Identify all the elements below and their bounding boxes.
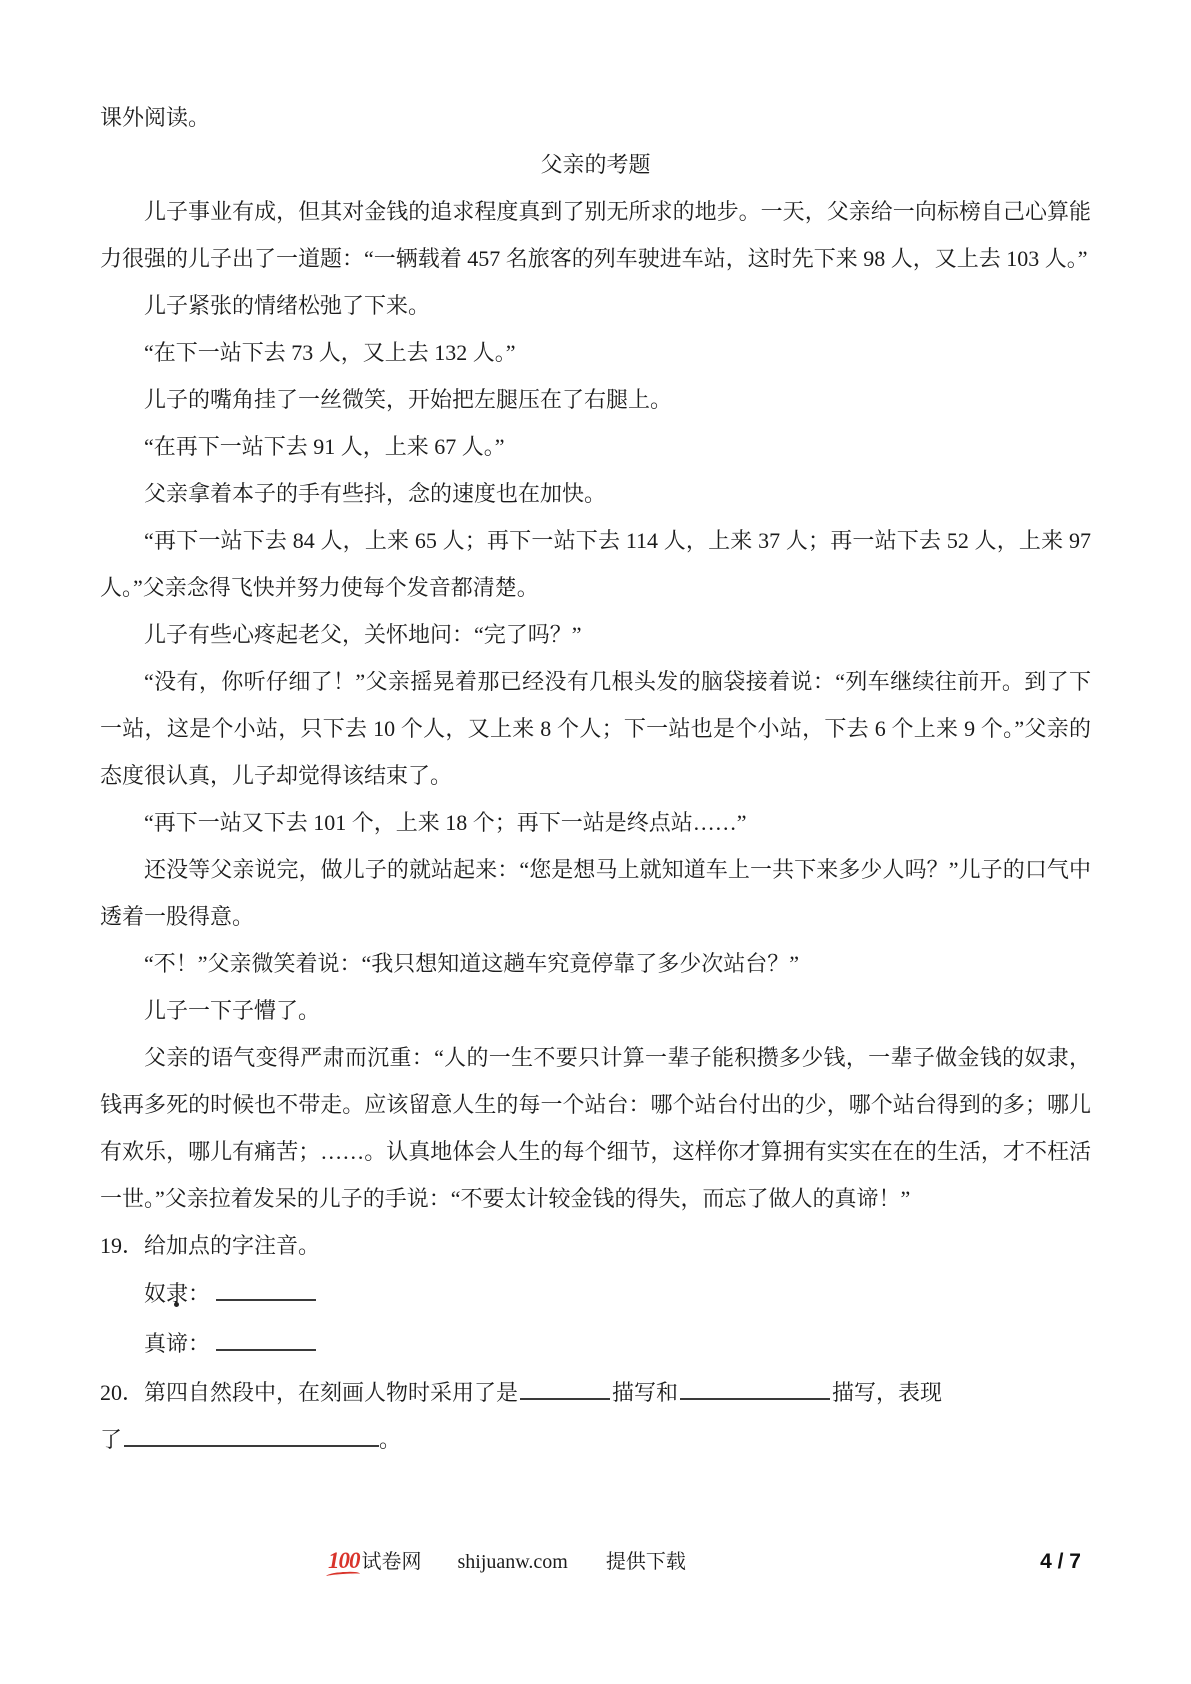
question-19-item-zhendi: 真谛：: [100, 1319, 1091, 1369]
passage-paragraph-5: “在再下一站下去 91 人，上来 67 人。”: [100, 423, 1091, 470]
word-zhendi: 真谛：: [144, 1319, 210, 1369]
download-tagline: 提供下载: [606, 1545, 686, 1574]
passage-paragraph-14: 父亲的语气变得严肃而沉重：“人的一生不要只计算一辈子能积攒多少钱，一辈子做金钱的…: [100, 1034, 1091, 1222]
emphasis-dot: [174, 1302, 179, 1307]
passage-paragraph-4: 儿子的嘴角挂了一丝微笑，开始把左腿压在了右腿上。: [100, 376, 1091, 423]
section-label: 课外阅读。: [100, 94, 1091, 141]
passage-paragraph-9: “没有，你听仔细了！”父亲摇晃着那已经没有几根头发的脑袋接着说：“列车继续往前开…: [100, 658, 1091, 799]
passage-paragraph-8: 儿子有些心疼起老父，关怀地问：“完了吗？”: [100, 611, 1091, 658]
passage-paragraph-13: 儿子一下子懵了。: [100, 987, 1091, 1034]
question-19-item-nuli: 奴隶：: [100, 1269, 1091, 1319]
answer-blank-nuli: [216, 1277, 316, 1301]
question-20-line-1: 20．第四自然段中，在刻画人物时采用了是描写和描写，表现: [100, 1369, 1091, 1416]
word-nuli: 奴隶：: [144, 1269, 210, 1319]
page-footer: 100 试卷网 shijuanw.com 提供下载 4 / 7: [100, 1545, 1091, 1574]
passage-title: 父亲的考题: [100, 141, 1091, 188]
question-20-part-3: 描写，表现: [832, 1380, 942, 1405]
passage-paragraph-6: 父亲拿着本子的手有些抖，念的速度也在加快。: [100, 470, 1091, 517]
exam-page: 课外阅读。 父亲的考题 儿子事业有成，但其对金钱的追求程度真到了别无所求的地步。…: [0, 0, 1191, 1684]
answer-blank-q20-3: [124, 1423, 379, 1447]
site-brand: 100 试卷网: [328, 1545, 422, 1574]
passage-paragraph-1: 儿子事业有成，但其对金钱的追求程度真到了别无所求的地步。一天，父亲给一向标榜自己…: [100, 188, 1091, 282]
question-20-part-5: 。: [379, 1427, 401, 1452]
passage-paragraph-3: “在下一站下去 73 人，又上去 132 人。”: [100, 329, 1091, 376]
brand-100-logo: 100: [328, 1548, 362, 1574]
passage-paragraph-12: “不！”父亲微笑着说：“我只想知道这趟车究竟停靠了多少次站台？”: [100, 940, 1091, 987]
passage-paragraph-11: 还没等父亲说完，做儿子的就站起来：“您是想马上就知道车上一共下来多少人吗？”儿子…: [100, 846, 1091, 940]
question-19-label: 19．给加点的字注音。: [100, 1222, 1091, 1269]
site-domain: shijuanw.com: [458, 1551, 568, 1574]
question-20-part-4: 了: [100, 1427, 122, 1452]
page-number: 4 / 7: [1040, 1550, 1081, 1574]
answer-blank-zhendi: [216, 1327, 316, 1351]
question-20-part-1: 20．第四自然段中，在刻画人物时采用了是: [100, 1380, 518, 1405]
passage-content: 课外阅读。 父亲的考题 儿子事业有成，但其对金钱的追求程度真到了别无所求的地步。…: [100, 94, 1091, 1463]
brand-100-number: 100: [328, 1548, 360, 1573]
passage-paragraph-7: “再下一站下去 84 人，上来 65 人；再下一站下去 114 人，上来 37 …: [100, 517, 1091, 611]
question-20-line-2: 了。: [100, 1416, 1091, 1463]
passage-paragraph-10: “再下一站又下去 101 个，上来 18 个；再下一站是终点站……”: [100, 799, 1091, 846]
answer-blank-q20-2: [680, 1376, 830, 1400]
question-20-part-2: 描写和: [612, 1380, 678, 1405]
brand-name: 试卷网: [362, 1545, 422, 1574]
answer-blank-q20-1: [520, 1376, 610, 1400]
word-zhendi-label: 真谛：: [144, 1331, 210, 1356]
passage-paragraph-2: 儿子紧张的情绪松弛了下来。: [100, 282, 1091, 329]
